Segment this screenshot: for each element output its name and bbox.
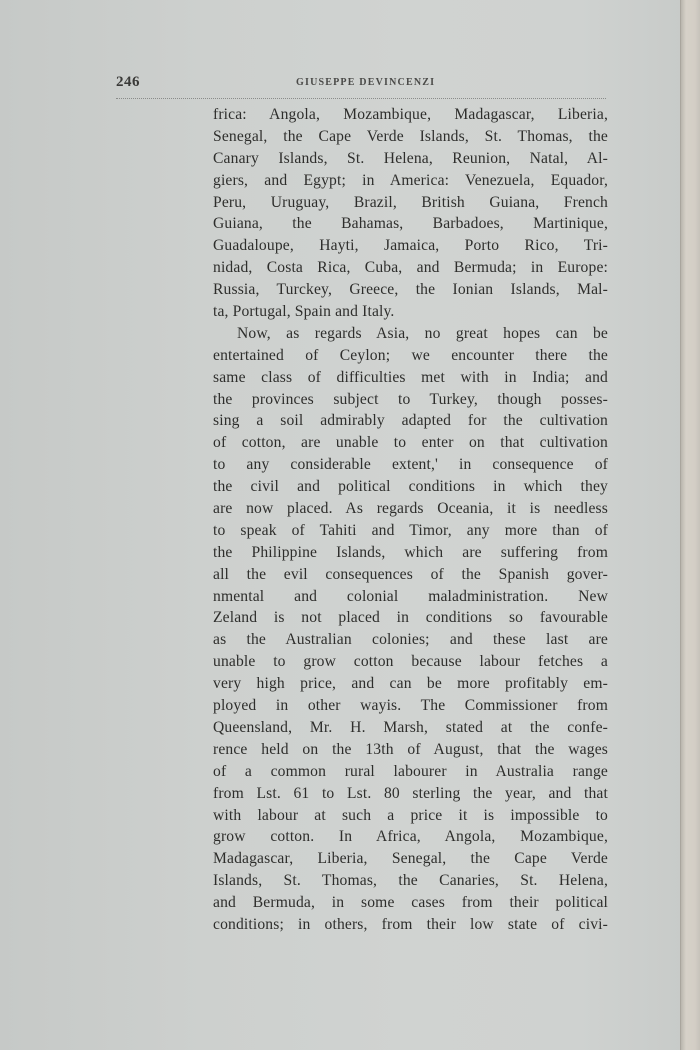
text-line: grow cotton. In Africa, Angola, Mozambiq…	[213, 826, 608, 848]
text-line: to speak of Tahiti and Timor, any more t…	[213, 520, 608, 542]
text-line: conditions; in others, from their low st…	[213, 914, 608, 936]
page-header: 246 GIUSEPPE DEVINCENZI	[116, 74, 616, 96]
text-line: all the evil consequences of the Spanish…	[213, 564, 608, 586]
text-line: giers, and Egypt; in America: Venezuela,…	[213, 170, 608, 192]
text-line: ployed in other wayis. The Commissioner …	[213, 695, 608, 717]
text-line: as the Australian colonies; and these la…	[213, 629, 608, 651]
text-line: entertained of Ceylon; we encounter ther…	[213, 345, 608, 367]
text-line: with labour at such a price it is imposs…	[213, 805, 608, 827]
text-line: the Philippine Islands, which are suffer…	[213, 542, 608, 564]
paragraph-1: frica: Angola, Mozambique, Madagascar, L…	[213, 104, 608, 323]
text-line: Russia, Turckey, Greece, the Ionian Isla…	[213, 279, 608, 301]
text-line: same class of difficulties met with in I…	[213, 367, 608, 389]
text-line: Queensland, Mr. H. Marsh, stated at the …	[213, 717, 608, 739]
text-line: to any considerable extent,' in conseque…	[213, 454, 608, 476]
text-line: Senegal, the Cape Verde Islands, St. Tho…	[213, 126, 608, 148]
text-line: rence held on the 13th of August, that t…	[213, 739, 608, 761]
text-line: the provinces subject to Turkey, though …	[213, 389, 608, 411]
text-line: of cotton, are unable to enter on that c…	[213, 432, 608, 454]
text-line: very high price, and can be more profita…	[213, 673, 608, 695]
text-line: sing a soil admirably adapted for the cu…	[213, 410, 608, 432]
text-line: unable to grow cotton because labour fet…	[213, 651, 608, 673]
text-line: Islands, St. Thomas, the Canaries, St. H…	[213, 870, 608, 892]
paragraph-2: Now, as regards Asia, no great hopes can…	[213, 323, 608, 936]
text-line: Guiana, the Bahamas, Barbadoes, Martiniq…	[213, 213, 608, 235]
text-line: ta, Portugal, Spain and Italy.	[213, 301, 608, 323]
text-line: Madagascar, Liberia, Senegal, the Cape V…	[213, 848, 608, 870]
text-line: Guadaloupe, Hayti, Jamaica, Porto Rico, …	[213, 235, 608, 257]
text-line: from Lst. 61 to Lst. 80 sterling the yea…	[213, 783, 608, 805]
header-rule	[116, 98, 606, 99]
page-edge-stack	[680, 0, 700, 1050]
body-text: frica: Angola, Mozambique, Madagascar, L…	[213, 104, 608, 936]
text-line: frica: Angola, Mozambique, Madagascar, L…	[213, 104, 608, 126]
text-line: the civil and political conditions in wh…	[213, 476, 608, 498]
text-line: Canary Islands, St. Helena, Reunion, Nat…	[213, 148, 608, 170]
page-number: 246	[116, 74, 140, 91]
running-head: GIUSEPPE DEVINCENZI	[296, 77, 435, 88]
text-line: Zeland is not placed in conditions so fa…	[213, 607, 608, 629]
text-line: and Bermuda, in some cases from their po…	[213, 892, 608, 914]
text-line: nmental and colonial maladministration. …	[213, 586, 608, 608]
text-line: are now placed. As regards Oceania, it i…	[213, 498, 608, 520]
text-line: Now, as regards Asia, no great hopes can…	[213, 323, 608, 345]
text-line: Peru, Uruguay, Brazil, British Guiana, F…	[213, 192, 608, 214]
text-line: of a common rural labourer in Australia …	[213, 761, 608, 783]
text-line: nidad, Costa Rica, Cuba, and Bermuda; in…	[213, 257, 608, 279]
